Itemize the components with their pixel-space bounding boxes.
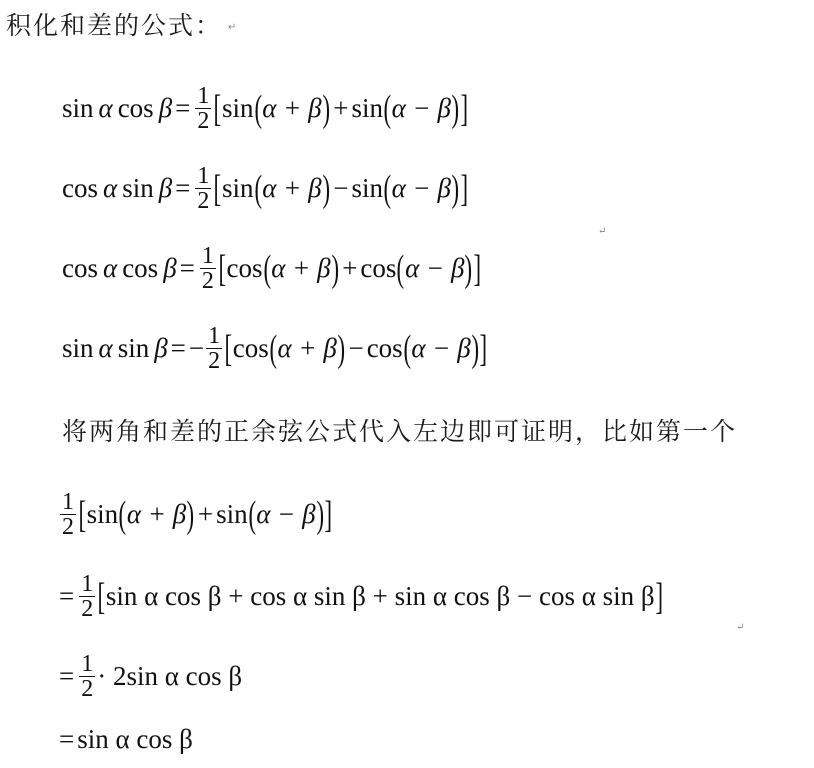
bracket: ] — [474, 247, 482, 291]
numerator: 1 — [79, 652, 95, 677]
numerator: 1 — [195, 84, 211, 109]
fraction: 12 — [195, 84, 211, 133]
equals: = — [180, 253, 195, 284]
paren: ( — [119, 493, 127, 537]
arg: α − β — [405, 253, 464, 284]
simplified: · 2sin α cos β — [97, 661, 242, 692]
bracket: [ — [218, 247, 226, 291]
bracket: [ — [225, 327, 233, 371]
arg: α + β — [277, 333, 336, 364]
fn: cos — [62, 253, 98, 284]
arg: α − β — [392, 93, 451, 124]
fn: cos — [367, 333, 403, 364]
var: α — [99, 333, 113, 364]
operator: − — [333, 173, 348, 204]
fn: sin — [216, 499, 248, 530]
denominator: 2 — [200, 269, 216, 293]
fn: cos — [62, 173, 98, 204]
bracket: ] — [325, 493, 333, 537]
paren: ( — [384, 87, 392, 131]
fraction: 12 — [206, 324, 222, 373]
fn: sin — [118, 333, 150, 364]
fn: cos — [360, 253, 396, 284]
fn: sin — [351, 93, 383, 124]
numerator: 1 — [60, 490, 76, 515]
fn: sin — [62, 333, 94, 364]
bracket: ] — [460, 167, 468, 211]
paren: ) — [316, 493, 324, 537]
formula-3: cos α cos β = 12 [ cos ( α + β ) + cos (… — [62, 244, 482, 293]
denominator: 2 — [79, 677, 95, 701]
var: α — [103, 173, 117, 204]
denominator: 2 — [60, 515, 76, 539]
proof-step-2: = 12 [ sin α cos β + cos α sin β + sin α… — [56, 572, 663, 621]
arg: α − β — [411, 333, 470, 364]
equals: = — [175, 93, 190, 124]
paren: ) — [452, 87, 460, 131]
fn: cos — [227, 253, 263, 284]
formula-2: cos α sin β = 12 [ sin ( α + β ) − sin (… — [62, 164, 468, 213]
denominator: 2 — [206, 349, 222, 373]
bracket: [ — [98, 575, 106, 619]
bracket: [ — [214, 167, 222, 211]
fraction: 12 — [200, 244, 216, 293]
formula-4: sin α sin β = − 12 [ cos ( α + β ) − cos… — [62, 324, 488, 373]
var: α — [103, 253, 117, 284]
arg: α − β — [392, 173, 451, 204]
operator: + — [342, 253, 357, 284]
paren: ( — [254, 87, 262, 131]
var: β — [163, 253, 176, 284]
operator: + — [333, 93, 348, 124]
paren: ( — [397, 247, 405, 291]
operator: − — [348, 333, 363, 364]
fn: sin — [62, 93, 94, 124]
fn: sin — [351, 173, 383, 204]
paren: ) — [337, 327, 345, 371]
denominator: 2 — [195, 109, 211, 133]
paragraph-mark-icon: ↵ — [598, 226, 606, 237]
minus-sign: − — [189, 333, 204, 364]
paren: ( — [403, 327, 411, 371]
paragraph-mark-icon: ↵ — [228, 22, 238, 33]
paren: ) — [331, 247, 339, 291]
bracket: ] — [460, 87, 468, 131]
result: sin α cos β — [77, 724, 193, 755]
paren: ) — [452, 167, 460, 211]
bracket: [ — [214, 87, 222, 131]
var: β — [154, 333, 167, 364]
arg: α + β — [271, 253, 330, 284]
bracket: ] — [655, 575, 663, 619]
fn: sin — [222, 173, 254, 204]
paragraph-mark-icon: ↵ — [736, 622, 744, 633]
fn: cos — [118, 93, 154, 124]
equals: = — [59, 724, 74, 755]
fraction: 12 — [195, 164, 211, 213]
var: β — [159, 173, 172, 204]
formula-1: sin α cos β = 12 [ sin ( α + β ) + sin (… — [62, 84, 468, 133]
page-title: 积化和差的公式：↵ — [6, 6, 238, 42]
arg: α − β — [256, 499, 315, 530]
paren: ) — [471, 327, 479, 371]
numerator: 1 — [206, 324, 222, 349]
proof-step-1: 12 [ sin ( α + β ) + sin ( α − β ) ] — [58, 490, 333, 539]
numerator: 1 — [79, 572, 95, 597]
arg: α + β — [262, 93, 321, 124]
equals: = — [59, 581, 74, 612]
var: β — [159, 93, 172, 124]
paren: ( — [254, 167, 262, 211]
paren: ( — [248, 493, 256, 537]
paren: ) — [322, 167, 330, 211]
paren: ( — [384, 167, 392, 211]
fraction: 12 — [79, 572, 95, 621]
fraction: 12 — [60, 490, 76, 539]
equals: = — [59, 661, 74, 692]
operator: + — [198, 499, 213, 530]
title-text: 积化和差的公式： — [6, 11, 222, 40]
expansion: sin α cos β + cos α sin β + sin α cos β … — [106, 581, 655, 612]
denominator: 2 — [79, 597, 95, 621]
var: α — [99, 93, 113, 124]
arg: α + β — [262, 173, 321, 204]
proof-step-3: = 12 · 2sin α cos β — [56, 652, 242, 701]
paren: ) — [465, 247, 473, 291]
fn: sin — [87, 499, 119, 530]
fn: sin — [222, 93, 254, 124]
bracket: [ — [79, 493, 87, 537]
paren: ( — [263, 247, 271, 291]
fn: cos — [233, 333, 269, 364]
arg: α + β — [127, 499, 186, 530]
denominator: 2 — [195, 189, 211, 213]
fraction: 12 — [79, 652, 95, 701]
equals: = — [171, 333, 186, 364]
numerator: 1 — [200, 244, 216, 269]
paren: ) — [322, 87, 330, 131]
bracket: ] — [480, 327, 488, 371]
numerator: 1 — [195, 164, 211, 189]
explanation-text: 将两角和差的正余弦公式代入左边即可证明，比如第一个 — [62, 412, 737, 448]
equals: = — [175, 173, 190, 204]
paren: ) — [187, 493, 195, 537]
paren: ( — [269, 327, 277, 371]
proof-step-4: = sin α cos β — [56, 724, 193, 755]
fn: sin — [122, 173, 154, 204]
fn: cos — [122, 253, 158, 284]
